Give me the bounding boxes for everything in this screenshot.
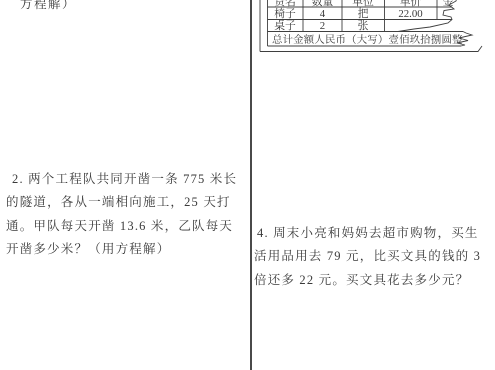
problem-4-line: 倍还多 22 元。买文具花去多少元？: [254, 269, 494, 292]
problem-2-line: 通。甲队每天开凿 13.6 米，乙队每天: [6, 215, 248, 238]
invoice-header-qty: 数量: [312, 0, 334, 8]
invoice-header-price: 单价: [400, 0, 422, 8]
problem-2-line: 的隧道，各从一端相向施工，25 天打: [6, 191, 248, 214]
invoice-row2-qty: 2: [320, 20, 325, 32]
invoice-row1-price: 22.00: [398, 8, 422, 20]
problem-2-line: 2. 两个工程队共同开凿一条 775 米长: [6, 168, 248, 191]
problem-4-text: 4. 周末小亮和妈妈去超市购物，买生 活用品用去 79 元，比买文具的钱的 3 …: [254, 222, 494, 292]
invoice-row1-unit: 把: [358, 6, 369, 20]
problem-4-line: 活用品用去 79 元，比买文具的钱的 3: [254, 245, 494, 268]
invoice-row1-name: 椅子: [274, 6, 296, 20]
problem-4-line: 4. 周末小亮和妈妈去超市购物，买生: [254, 222, 494, 245]
invoice-total-line: 总计金额人民币（大写）壹佰玖拾捌圆整: [272, 33, 463, 46]
invoice-row2-name: 桌子: [274, 18, 296, 32]
problem-2-text: 2. 两个工程队共同开凿一条 775 米长 的隧道，各从一端相向施工，25 天打…: [6, 168, 248, 262]
invoice-header-name: 货名: [274, 0, 296, 8]
invoice-outer-bottom-border: [260, 46, 482, 52]
problem-2-line: 开凿多少米？（用方程解）: [6, 238, 248, 261]
invoice-row2-unit: 张: [358, 19, 369, 32]
invoice-table: 货名 数量 单位 单价 金 椅子 4 把 22.00 桌子 2 张 总计金额人民…: [0, 0, 495, 56]
invoice-header-unit: 单位: [352, 0, 374, 8]
invoice-header-amount-torn: 金: [443, 0, 454, 8]
invoice-row1-qty: 4: [320, 8, 326, 20]
